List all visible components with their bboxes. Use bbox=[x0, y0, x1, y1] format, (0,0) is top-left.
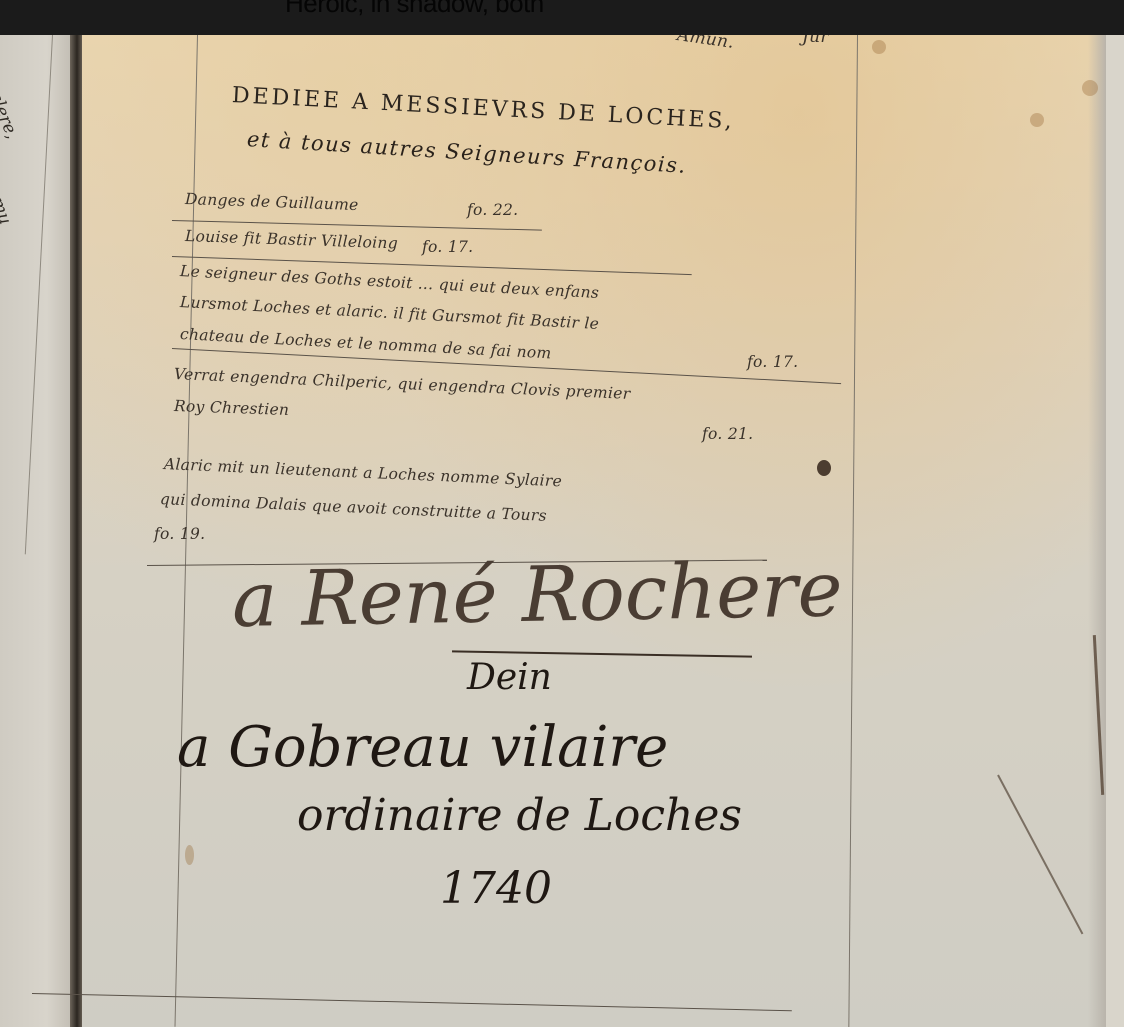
index-entry-ref: fo. 21. bbox=[702, 425, 753, 443]
page-tear bbox=[997, 775, 1083, 935]
index-entry-ref: fo. 17. bbox=[422, 238, 473, 256]
dedication-heading: DEDIEE A MESSIEVRS DE LOCHES, bbox=[231, 83, 735, 134]
ink-blot bbox=[817, 460, 831, 476]
margin-rule-right bbox=[848, 35, 858, 1027]
index-entry-ref: fo. 22. bbox=[467, 201, 518, 219]
foxing-stain bbox=[872, 40, 886, 54]
inscription-line-4: ordinaire de Loches bbox=[297, 790, 742, 841]
foxing-stain bbox=[1082, 80, 1098, 96]
left-page: slere, mu bbox=[0, 35, 78, 1027]
index-entry: chateau de Loches et le nomma de sa fai … bbox=[180, 325, 552, 362]
inscription-year: 1740 bbox=[440, 863, 552, 914]
inscription-line-1: a René Rochere bbox=[231, 544, 843, 644]
index-entry-ref: fo. 17. bbox=[747, 353, 798, 371]
page-edge bbox=[1088, 35, 1106, 1027]
index-entry: Verrat engendra Chilperic, qui engendra … bbox=[174, 365, 631, 403]
index-entry: Alaric mit un lieutenant a Loches nomme … bbox=[164, 455, 563, 490]
inscription-line-3: a Gobreau vilaire bbox=[177, 715, 668, 780]
dedication-subheading: et à tous autres Seigneurs François. bbox=[246, 127, 687, 178]
foxing-stain bbox=[1030, 113, 1044, 127]
index-entry: Lursmot Loches et alaric. il fit Gursmot… bbox=[180, 293, 600, 333]
bottom-rule bbox=[32, 993, 792, 1011]
index-entry: qui domina Dalais que avoit construitte … bbox=[160, 490, 548, 525]
caption-bar: Heroic, in shadow, both bbox=[0, 0, 1124, 35]
index-entry-ref: fo. 19. bbox=[154, 525, 205, 543]
foxing-stain bbox=[185, 845, 194, 865]
index-entry: Roy Chrestien bbox=[174, 397, 290, 419]
index-entry: Danges de Guillaume bbox=[185, 190, 359, 214]
manuscript-page: Amun. Jur DEDIEE A MESSIEVRS DE LOCHES, … bbox=[82, 35, 1106, 1027]
caption-text: Heroic, in shadow, both bbox=[285, 0, 544, 19]
left-page-rule bbox=[25, 35, 53, 554]
left-page-fragment: slere, bbox=[0, 90, 22, 142]
corner-note: Amun. bbox=[676, 35, 735, 53]
corner-note-right: Jur bbox=[802, 35, 829, 47]
manuscript-photo: slere, mu Amun. Jur DEDIEE A MESSIEVRS D… bbox=[0, 35, 1124, 1027]
index-entry: Louise fit Bastir Villeloing bbox=[185, 227, 399, 252]
left-page-fragment: mu bbox=[0, 195, 15, 227]
inscription-line-2: Dein bbox=[467, 657, 552, 698]
